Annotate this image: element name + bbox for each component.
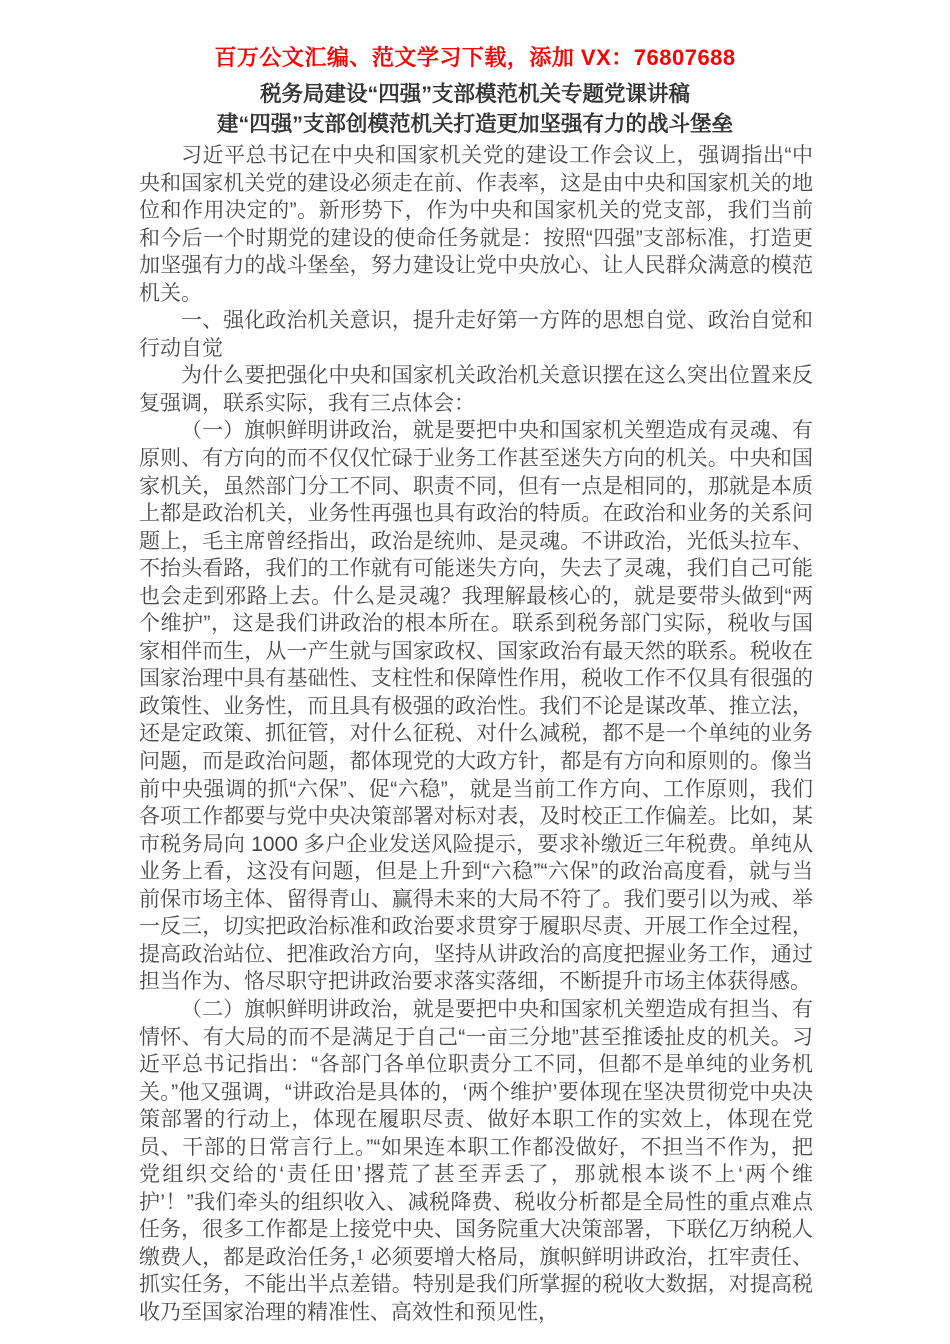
document-title-line1: 税务局建设“四强”支部模范机关专题党课讲稿: [0, 79, 950, 109]
document-body: 习近平总书记在中央和国家机关党的建设工作会议上，强调指出“中央和国家机关党的建设…: [139, 142, 813, 1327]
page-number: 1: [300, 1245, 420, 1265]
paragraph-lead-in: 为什么要把强化中央和国家机关政治机关意识摆在这么突出位置来反复强调，联系实际，我…: [139, 362, 813, 417]
paragraph-point-1: （一）旗帜鲜明讲政治，就是要把中央和国家机关塑造成有灵魂、有原则、有方向的而不仅…: [139, 417, 813, 995]
document-title-line2: 建“四强”支部创模范机关打造更加坚强有力的战斗堡垒: [0, 109, 950, 139]
document-title: 税务局建设“四强”支部模范机关专题党课讲稿 建“四强”支部创模范机关打造更加坚强…: [0, 79, 950, 139]
document-page: 百万公文汇编、范文学习下载，添加 VX：76807688 税务局建设“四强”支部…: [0, 0, 950, 1344]
header-promo-text: 百万公文汇编、范文学习下载，添加 VX：76807688: [0, 41, 950, 72]
paragraph-point-2: （二）旗帜鲜明讲政治，就是要把中央和国家机关塑造成有担当、有情怀、有大局的而不是…: [139, 996, 813, 1327]
section-heading-one: 一、强化政治机关意识，提升走好第一方阵的思想自觉、政治自觉和行动自觉: [139, 307, 813, 362]
paragraph-intro: 习近平总书记在中央和国家机关党的建设工作会议上，强调指出“中央和国家机关党的建设…: [139, 142, 813, 307]
